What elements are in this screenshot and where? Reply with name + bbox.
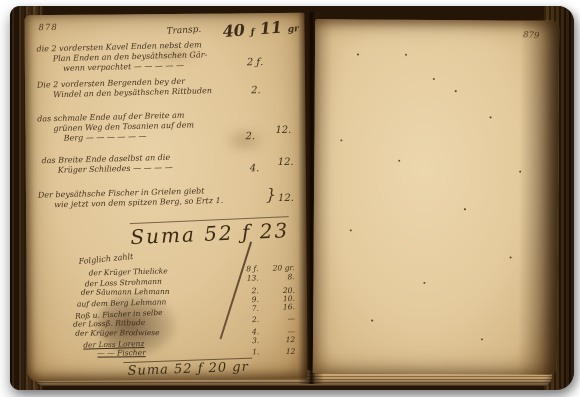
payer-groschen: 12 <box>259 335 295 346</box>
manuscript-photo: 878 Transp. 40 ƒ 11 gr die 2 vordersten … <box>0 0 580 397</box>
foxing-speckles <box>315 19 317 21</box>
transport-label: Transp. <box>166 25 201 37</box>
florin-symbol: ƒ <box>250 28 255 38</box>
payer-groschen: 12 <box>259 347 295 358</box>
entry-line: Berg — — — — — — <box>64 130 195 143</box>
entry-amount-groschen: 12. <box>275 125 291 136</box>
right-page-number: 879 <box>523 30 540 41</box>
payer-florin: 7. <box>229 304 259 316</box>
transport-groschen: 11 <box>259 18 283 39</box>
transport-florins: 40 <box>222 20 246 41</box>
entry-amount-florin: 2. <box>251 85 261 96</box>
payer-groschen: 8. <box>259 272 295 284</box>
left-page-number: 878 <box>38 23 57 33</box>
suma-bottom: Suma 52 ƒ 20 gr <box>123 358 253 380</box>
suma-amount: 52 ƒ 23 <box>204 218 290 246</box>
suma-amount: 52 ƒ 20 gr <box>174 360 249 378</box>
transport-amount: 40 ƒ 11 gr <box>222 16 299 41</box>
payer-florin: 3. <box>229 336 259 347</box>
entry-amount-florin: 2. <box>245 131 255 142</box>
payer-florin: 2. <box>229 315 259 326</box>
ledger-entry: das schmale Ende auf der Breite am grüne… <box>37 110 194 144</box>
suma-top: Suma 52 ƒ 23 <box>130 216 290 249</box>
ink-stain <box>221 125 267 155</box>
payer-florin: 1. <box>229 348 259 359</box>
amount-brace: } <box>266 185 276 204</box>
suma-label: Suma <box>130 222 196 249</box>
payer-florin: 13. <box>229 274 259 285</box>
ledger-entry: Der beysäthsche Fischer in Grielen giebt… <box>38 186 224 211</box>
suma-label: Suma <box>127 362 169 378</box>
payer-groschen: — <box>259 314 295 325</box>
entry-amount-groschen: 12. <box>278 157 294 168</box>
ledger-entry: das Breite Ende daselbst an die Krüger S… <box>41 153 172 176</box>
open-book: 878 Transp. 40 ƒ 11 gr die 2 vordersten … <box>10 6 574 390</box>
left-page: 878 Transp. 40 ƒ 11 gr die 2 vordersten … <box>24 13 307 381</box>
ledger-entry: Die 2 vordersten Bergenden bey der Winde… <box>37 76 212 101</box>
entry-amount-groschen: 12. <box>278 193 294 204</box>
payer-list: der Krüger Thielicke 8 ƒ. 20 gr. der Los… <box>73 265 296 360</box>
payer-groschen: 16. <box>259 302 295 314</box>
entry-amount-florin: 4. <box>250 163 260 174</box>
ledger-entry: die 2 vordersten Kavel Enden nebst dem P… <box>36 40 207 74</box>
entry-line: Krüger Schiliedes — — — — <box>58 163 173 176</box>
folglich-label: Folglich zahlt <box>78 252 133 266</box>
entry-amount-florin: 2 ƒ. <box>247 57 264 68</box>
right-page: 879 <box>313 19 559 375</box>
